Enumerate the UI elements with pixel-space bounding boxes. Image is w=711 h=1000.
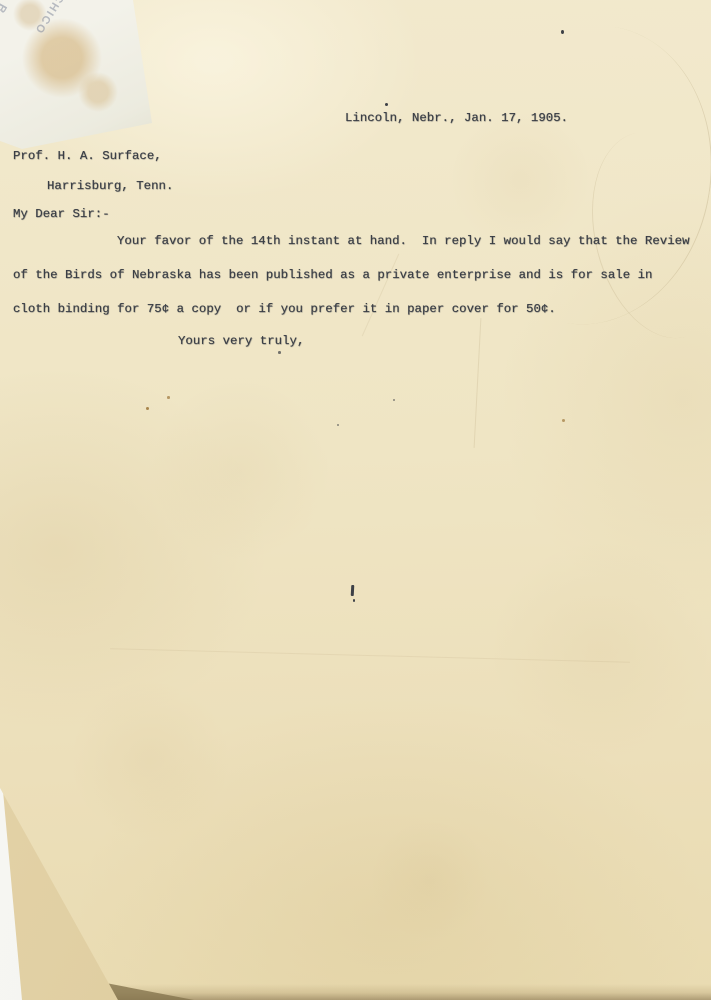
ghost-letterhead-text: CHICO: [32, 0, 66, 37]
dateline: Lincoln, Nebr., Jan. 17, 1905.: [345, 111, 568, 126]
ghost-letterhead-text: B SONS: [0, 1, 10, 59]
scanned-letter-page: Lincoln, Nebr., Jan. 17, 1905. Prof. H. …: [0, 0, 711, 1000]
rust-speck: [146, 407, 149, 410]
ink-speck: [278, 351, 281, 354]
paper-crease: [110, 648, 630, 663]
ink-speck: [561, 30, 564, 34]
letter-paper: Lincoln, Nebr., Jan. 17, 1905. Prof. H. …: [0, 0, 711, 1000]
paper-crease: [474, 318, 482, 448]
ink-speck: [353, 599, 355, 602]
bottom-edge-shadow: [90, 984, 711, 1000]
body-line: of the Birds of Nebraska has been publis…: [13, 268, 652, 283]
recipient-name: Prof. H. A. Surface,: [13, 149, 162, 164]
ink-speck: [337, 424, 339, 426]
ink-tick-mark: [351, 585, 354, 596]
body-line: Your favor of the 14th instant at hand. …: [117, 234, 690, 249]
body-line: cloth binding for 75¢ a copy or if you p…: [13, 302, 556, 317]
paper-crease: [448, 8, 711, 342]
rust-speck: [562, 419, 565, 422]
ink-speck: [393, 399, 395, 401]
closing: Yours very truly,: [178, 334, 304, 349]
salutation: My Dear Sir:-: [13, 207, 110, 222]
rust-speck: [167, 396, 170, 399]
recipient-city: Harrisburg, Tenn.: [47, 179, 173, 194]
paper-crease: [362, 254, 400, 337]
ink-speck: [385, 103, 388, 106]
